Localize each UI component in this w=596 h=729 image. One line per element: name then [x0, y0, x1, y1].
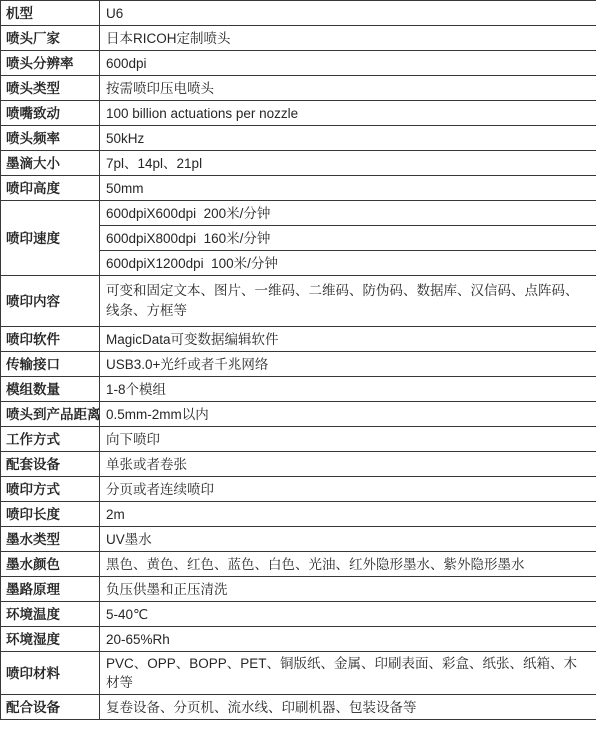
spec-value: USB3.0+光纤或者千兆网络 [100, 352, 596, 377]
spec-value: 600dpiX600dpi 200米/分钟 [100, 201, 596, 226]
table-row: 喷印高度50mm [1, 176, 596, 201]
table-row: 喷头到产品距离0.5mm-2mm以内 [1, 402, 596, 427]
spec-label: 配套设备 [1, 452, 100, 477]
table-row: 喷印速度600dpiX600dpi 200米/分钟 [1, 201, 596, 226]
table-row: 墨滴大小7pl、14pl、21pl [1, 151, 596, 176]
spec-value: 50mm [100, 176, 596, 201]
spec-value: 按需喷印压电喷头 [100, 76, 596, 101]
spec-label: 配合设备 [1, 695, 100, 720]
spec-value: 0.5mm-2mm以内 [100, 402, 596, 427]
spec-label: 喷头到产品距离 [1, 402, 100, 427]
spec-value: PVC、OPP、BOPP、PET、铜版纸、金属、印刷表面、彩盒、纸张、纸箱、木材… [100, 652, 596, 695]
table-row: 喷头分辨率600dpi [1, 51, 596, 76]
spec-value: UV墨水 [100, 527, 596, 552]
table-row: 喷头厂家日本RICOH定制喷头 [1, 26, 596, 51]
spec-label: 喷印方式 [1, 477, 100, 502]
spec-value: MagicData可变数据编辑软件 [100, 327, 596, 352]
spec-value: 100 billion actuations per nozzle [100, 101, 596, 126]
spec-value: 600dpi [100, 51, 596, 76]
spec-label: 环境温度 [1, 602, 100, 627]
spec-value: 20-65%Rh [100, 627, 596, 652]
table-row: 喷头频率50kHz [1, 126, 596, 151]
spec-value: 黑色、黄色、红色、蓝色、白色、光油、红外隐形墨水、紫外隐形墨水 [100, 552, 596, 577]
spec-value: 负压供墨和正压清洗 [100, 577, 596, 602]
table-row: 环境温度5-40℃ [1, 602, 596, 627]
spec-value: 600dpiX1200dpi 100米/分钟 [100, 251, 596, 276]
spec-value: 可变和固定文本、图片、一维码、二维码、防伪码、数据库、汉信码、点阵码、线条、方框… [100, 276, 596, 327]
table-row: 喷嘴致动100 billion actuations per nozzle [1, 101, 596, 126]
spec-label: 机型 [1, 1, 100, 26]
spec-value: 50kHz [100, 126, 596, 151]
table-row: 喷印内容可变和固定文本、图片、一维码、二维码、防伪码、数据库、汉信码、点阵码、线… [1, 276, 596, 327]
table-row: 墨水颜色黑色、黄色、红色、蓝色、白色、光油、红外隐形墨水、紫外隐形墨水 [1, 552, 596, 577]
table-row: 配套设备单张或者卷张 [1, 452, 596, 477]
table-row: 配合设备复卷设备、分页机、流水线、印刷机器、包装设备等 [1, 695, 596, 720]
spec-label: 环境湿度 [1, 627, 100, 652]
spec-label: 墨水颜色 [1, 552, 100, 577]
spec-value: 分页或者连续喷印 [100, 477, 596, 502]
spec-table-body: 机型U6喷头厂家日本RICOH定制喷头喷头分辨率600dpi喷头类型按需喷印压电… [1, 1, 596, 720]
spec-label: 墨水类型 [1, 527, 100, 552]
spec-value: 600dpiX800dpi 160米/分钟 [100, 226, 596, 251]
spec-label: 喷印软件 [1, 327, 100, 352]
spec-label: 喷印长度 [1, 502, 100, 527]
table-row: 喷头类型按需喷印压电喷头 [1, 76, 596, 101]
spec-label: 工作方式 [1, 427, 100, 452]
spec-label: 喷印高度 [1, 176, 100, 201]
table-row: 墨水类型UV墨水 [1, 527, 596, 552]
table-row: 机型U6 [1, 1, 596, 26]
spec-label: 墨路原理 [1, 577, 100, 602]
table-row: 环境湿度20-65%Rh [1, 627, 596, 652]
table-row: 喷印材料PVC、OPP、BOPP、PET、铜版纸、金属、印刷表面、彩盒、纸张、纸… [1, 652, 596, 695]
spec-value: 单张或者卷张 [100, 452, 596, 477]
spec-label: 喷印内容 [1, 276, 100, 327]
spec-value: 7pl、14pl、21pl [100, 151, 596, 176]
spec-label: 模组数量 [1, 377, 100, 402]
table-row: 喷印方式分页或者连续喷印 [1, 477, 596, 502]
spec-label: 喷嘴致动 [1, 101, 100, 126]
spec-table: 机型U6喷头厂家日本RICOH定制喷头喷头分辨率600dpi喷头类型按需喷印压电… [0, 0, 596, 720]
spec-label: 传输接口 [1, 352, 100, 377]
spec-label: 喷印速度 [1, 201, 100, 276]
table-row: 传输接口USB3.0+光纤或者千兆网络 [1, 352, 596, 377]
spec-label: 喷头厂家 [1, 26, 100, 51]
table-row: 喷印长度2m [1, 502, 596, 527]
table-row: 工作方式向下喷印 [1, 427, 596, 452]
spec-value: U6 [100, 1, 596, 26]
spec-sheet: 机型U6喷头厂家日本RICOH定制喷头喷头分辨率600dpi喷头类型按需喷印压电… [0, 0, 596, 720]
spec-label: 喷头频率 [1, 126, 100, 151]
spec-value: 日本RICOH定制喷头 [100, 26, 596, 51]
table-row: 喷印软件MagicData可变数据编辑软件 [1, 327, 596, 352]
spec-value: 向下喷印 [100, 427, 596, 452]
spec-label: 墨滴大小 [1, 151, 100, 176]
spec-value: 2m [100, 502, 596, 527]
table-row: 模组数量1-8个模组 [1, 377, 596, 402]
spec-value: 5-40℃ [100, 602, 596, 627]
spec-label: 喷头分辨率 [1, 51, 100, 76]
spec-label: 喷头类型 [1, 76, 100, 101]
spec-label: 喷印材料 [1, 652, 100, 695]
spec-value: 1-8个模组 [100, 377, 596, 402]
table-row: 墨路原理负压供墨和正压清洗 [1, 577, 596, 602]
spec-value: 复卷设备、分页机、流水线、印刷机器、包装设备等 [100, 695, 596, 720]
